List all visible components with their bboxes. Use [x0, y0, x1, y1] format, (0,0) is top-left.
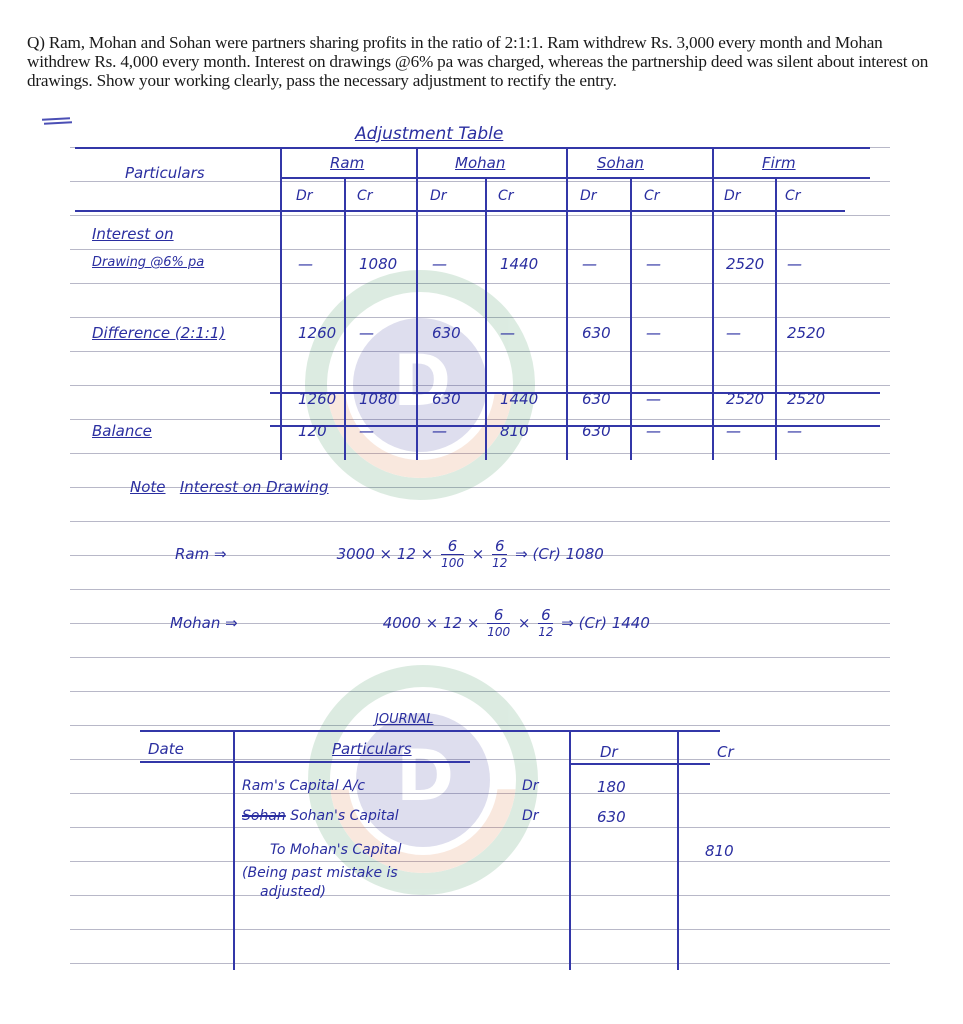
journal-cr-amount: 810: [705, 842, 734, 860]
dr-suffix: Dr: [522, 808, 539, 824]
journal-account: Sohan's Capital: [290, 808, 398, 824]
double-underline-mark: [42, 117, 70, 120]
table-cell: —: [726, 324, 741, 342]
journal-header-particulars: Particulars: [332, 740, 412, 758]
months: 12: [443, 614, 462, 632]
table-cell: —: [359, 422, 374, 440]
dr-suffix: Dr: [522, 778, 539, 794]
table-cell: 1260: [298, 324, 336, 342]
adjustment-table-title: Adjustment Table: [355, 124, 503, 144]
journal-title: JOURNAL: [375, 712, 433, 727]
table-cell: —: [646, 422, 661, 440]
note-title: Interest on Drawing: [180, 478, 329, 496]
row-label: Interest on: [92, 225, 174, 243]
ruled-line: [70, 963, 890, 964]
table-cell: 630: [432, 390, 461, 408]
table-cell: —: [646, 255, 661, 273]
column-header-cr: Cr: [644, 188, 660, 204]
table-cell: 630: [582, 422, 611, 440]
note-label: Note: [130, 478, 166, 496]
ruled-line: [70, 215, 890, 216]
ruled-line: [70, 249, 890, 250]
group-header-ram: Ram: [330, 154, 364, 172]
row-label: Difference (2:1:1): [92, 324, 225, 342]
rate-fraction: 6100: [441, 538, 464, 571]
struck-text: Sohan: [242, 808, 286, 824]
table-cell: 630: [432, 324, 461, 342]
journal-header-cr: Cr: [717, 743, 734, 761]
interest-calculation-mohan: Mohan ⇒4000 × 12 × 6100 × 612 ⇒ (Cr) 144…: [170, 607, 650, 640]
table-cell: 1440: [500, 255, 538, 273]
note-heading: Note Interest on Drawing: [130, 478, 329, 496]
ruled-line: [70, 793, 890, 794]
partner-name: Mohan: [170, 614, 220, 632]
table-cell: —: [432, 422, 447, 440]
row-label: Balance: [92, 422, 152, 440]
table-cell: —: [359, 324, 374, 342]
journal-dr-amount: 180: [597, 778, 626, 796]
interest-calculation-ram: Ram ⇒3000 × 12 × 6100 × 612 ⇒ (Cr) 1080: [175, 538, 604, 571]
table-cell: —: [787, 422, 802, 440]
table-cell: 120: [298, 422, 327, 440]
question-text: Q) Ram, Mohan and Sohan were partners sh…: [27, 33, 937, 90]
ruled-line: [70, 691, 890, 692]
ruled-line: [70, 385, 890, 386]
table-cell: 2520: [787, 324, 825, 342]
table-cell: 2520: [787, 390, 825, 408]
months: 12: [397, 545, 416, 563]
table-cell: 1080: [359, 390, 397, 408]
table-cell: 1260: [298, 390, 336, 408]
column-header-dr: Dr: [430, 188, 447, 204]
journal-narration: (Being past mistake is: [242, 865, 398, 881]
row-label: Drawing @6% pa: [92, 255, 204, 270]
table-cell: —: [726, 422, 741, 440]
table-cell: 1440: [500, 390, 538, 408]
arrow-icon: ⇒: [225, 614, 238, 632]
ruled-line: [70, 657, 890, 658]
journal-header-dr: Dr: [600, 743, 618, 761]
ruled-line: [70, 351, 890, 352]
table-cell: 630: [582, 390, 611, 408]
table-cell: 630: [582, 324, 611, 342]
ruled-line: [70, 725, 890, 726]
table-cell: —: [787, 255, 802, 273]
table-cell: —: [646, 390, 661, 408]
notebook-page: D D Adjustment Table Particulars RamMoha…: [70, 120, 890, 970]
journal-narration: adjusted): [260, 884, 326, 900]
table-cell: 810: [500, 422, 529, 440]
ruled-line: [70, 589, 890, 590]
ruled-line: [70, 453, 890, 454]
journal-account: To Mohan's Capital: [270, 842, 402, 858]
period-fraction: 612: [492, 538, 507, 571]
table-cell: —: [646, 324, 661, 342]
ruled-line: [70, 419, 890, 420]
column-header-cr: Cr: [498, 188, 514, 204]
table-cell: —: [582, 255, 597, 273]
particulars-header: Particulars: [125, 164, 205, 182]
column-header-dr: Dr: [724, 188, 741, 204]
double-underline-mark: [44, 121, 72, 124]
rate-fraction: 6100: [487, 607, 510, 640]
group-header-firm: Firm: [762, 154, 796, 172]
ruled-line: [70, 521, 890, 522]
ruled-line: [70, 895, 890, 896]
calculation-result: ⇒ (Cr) 1080: [515, 545, 604, 563]
principal: 4000: [383, 614, 421, 632]
principal: 3000: [337, 545, 375, 563]
table-cell: —: [432, 255, 447, 273]
ruled-line: [70, 827, 890, 828]
ruled-line: [70, 317, 890, 318]
table-cell: 2520: [726, 390, 764, 408]
column-header-cr: Cr: [357, 188, 373, 204]
ruled-line: [70, 759, 890, 760]
ruled-line: [70, 929, 890, 930]
group-header-sohan: Sohan: [597, 154, 644, 172]
table-cell: —: [500, 324, 515, 342]
arrow-icon: ⇒: [214, 545, 227, 563]
ruled-line: [70, 283, 890, 284]
calculation-result: ⇒ (Cr) 1440: [561, 614, 650, 632]
partner-name: Ram: [175, 545, 209, 563]
period-fraction: 612: [538, 607, 553, 640]
ruled-line: [70, 861, 890, 862]
journal-account: Ram's Capital A/c: [242, 778, 365, 794]
journal-dr-amount: 630: [597, 808, 626, 826]
journal-header-date: Date: [148, 740, 184, 758]
column-header-dr: Dr: [296, 188, 313, 204]
group-header-mohan: Mohan: [455, 154, 505, 172]
table-cell: 1080: [359, 255, 397, 273]
column-header-cr: Cr: [785, 188, 801, 204]
column-header-dr: Dr: [580, 188, 597, 204]
table-cell: 2520: [726, 255, 764, 273]
table-cell: —: [298, 255, 313, 273]
